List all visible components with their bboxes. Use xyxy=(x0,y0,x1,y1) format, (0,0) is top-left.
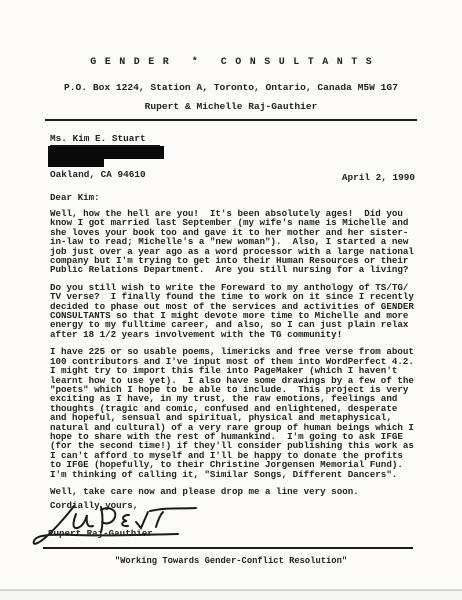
salutation: Dear Kim: xyxy=(50,192,100,203)
handwritten-signature xyxy=(30,504,210,550)
letter-date: April 2, 1990 xyxy=(342,172,415,183)
scan-edge-area xyxy=(0,591,462,600)
letter-page: GENDER * CONSULTANTS P.O. Box 1224, Stat… xyxy=(0,0,462,600)
letterhead-address: P.O. Box 1224, Station A, Toronto, Ontar… xyxy=(0,82,462,93)
recipient-city-line: Oakland, CA 94610 xyxy=(50,169,146,180)
body-paragraph-1: Well, how the hell are you! It's been ab… xyxy=(50,209,430,275)
letterhead-principals: Rupert & Michelle Raj-Gauthier xyxy=(0,101,462,112)
footer-motto: "Working Towards Gender-Conflict Resolut… xyxy=(0,556,462,566)
recipient-name: Ms. Kim E. Stuart xyxy=(50,133,160,146)
letterhead-org-name: GENDER * CONSULTANTS xyxy=(0,57,462,68)
body-paragraph-3: I have 225 or so usable poems, limericks… xyxy=(50,347,430,479)
letter-body: Well, how the hell are you! It's been ab… xyxy=(50,209,430,504)
redaction-bar-street xyxy=(48,146,164,159)
body-paragraph-4: Well, take care now and please drop me a… xyxy=(50,487,430,496)
footer-divider xyxy=(43,547,413,549)
redaction-bar-partial xyxy=(48,159,104,167)
letterhead-divider xyxy=(45,119,417,121)
signature-typed-name: Rupert Raj-Gauthier xyxy=(48,528,153,539)
body-paragraph-2: Do you still wish to write the Foreward … xyxy=(50,283,430,339)
